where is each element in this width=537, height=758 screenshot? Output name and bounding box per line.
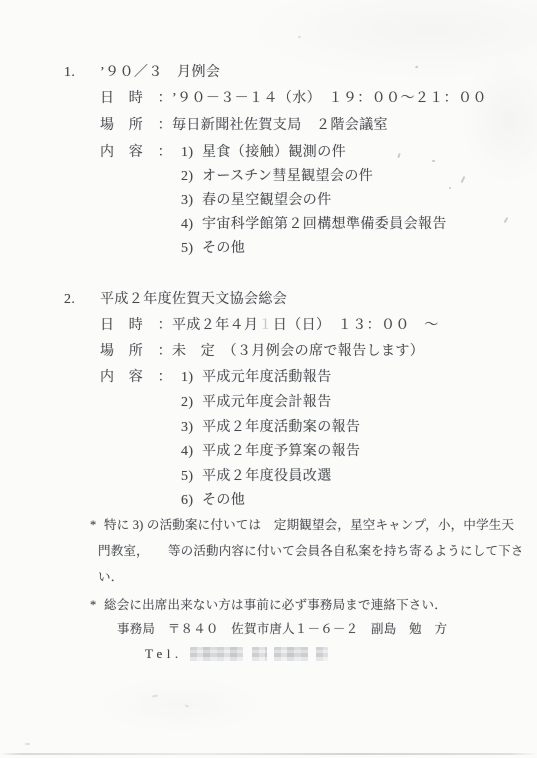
scan-artifact (397, 153, 400, 158)
date-faded-digit: １ (258, 318, 272, 333)
section2-agenda-label: 内 容 ： (100, 369, 172, 386)
section2-datetime-label: 日 時 ： (100, 317, 172, 334)
scan-artifact (461, 176, 465, 183)
agenda-item-text: オースチン彗星観望会の件 (202, 168, 373, 185)
section1-place-value: 毎日新聞社佐賀支局 ２階会議室 (172, 117, 388, 134)
section1-place-label: 場 所 ： (100, 117, 172, 134)
section1-title: ’９０／３ 月例会 (100, 64, 220, 81)
agenda-item-text: 平成２年度予算案の報告 (202, 443, 360, 460)
section2-datetime-value: 平成２年４月１日（日） １３：００ ～ (172, 317, 439, 334)
scan-artifact (298, 36, 301, 38)
agenda-item-text: 平成２年度活動案の報告 (202, 419, 360, 436)
scan-artifact (432, 160, 435, 162)
redacted-phone-block (190, 647, 243, 661)
agenda-item-number: 3) (181, 419, 193, 436)
redacted-phone-block (316, 647, 328, 661)
note1-line3: い． (98, 569, 123, 586)
note-asterisk: * (90, 597, 96, 614)
agenda-item-number: 2) (181, 394, 193, 411)
section2-place-value: 未 定 （３月例会の席で報告します） (172, 343, 424, 360)
scan-artifact (449, 187, 451, 189)
section1-datetime-value: ’９０－３－１４（水） １９：００～２１：００ (172, 90, 487, 107)
agenda-item-text: 春の星空観望会の件 (202, 192, 332, 209)
date-part: 平成２年４月 (172, 318, 258, 333)
tel-label: Tel. (145, 645, 183, 662)
scanned-document-page: 1. ’９０／３ 月例会 日 時 ： ’９０－３－１４（水） １９：００～２１：… (0, 0, 537, 758)
note2-line1: 総会に出席出来ない方は事前に必ず事務局まで連絡下さい． (104, 597, 447, 614)
agenda-item-text: その他 (202, 492, 245, 509)
section2-place-label: 場 所 ： (100, 343, 172, 360)
agenda-item-number: 3) (181, 192, 193, 209)
agenda-item-text: 平成元年度活動報告 (202, 369, 332, 386)
agenda-item-number: 5) (181, 468, 193, 485)
note1-line1: 特に 3) の活動案に付いては 定期観望会，星空キャンプ，小，中学生天 (104, 517, 514, 534)
section2-title: 平成２年度佐賀天文協会総会 (100, 291, 287, 308)
scanner-edge-line (0, 753, 537, 755)
scan-artifact (185, 704, 189, 707)
agenda-item-number: 6) (181, 492, 193, 509)
section1-number: 1. (64, 64, 75, 81)
date-part: 日（日） １３：００ ～ (273, 318, 439, 333)
office-address-line: 事務局 〒８４０ 佐賀市唐人１－６－２ 副島 勉 方 (117, 621, 447, 638)
scan-artifact (152, 694, 158, 697)
agenda-item-text: 宇宙科学館第２回構想準備委員会報告 (202, 216, 447, 233)
scan-artifact (25, 743, 30, 745)
note-asterisk: * (90, 517, 96, 534)
agenda-item-number: 4) (181, 443, 193, 460)
section2-number: 2. (64, 291, 75, 308)
scan-artifact (504, 217, 508, 223)
redacted-phone-block (252, 647, 267, 661)
agenda-item-number: 1) (181, 369, 193, 386)
agenda-item-text: 平成元年度会計報告 (202, 394, 332, 411)
agenda-item-text: 星食（接触）観測の件 (202, 144, 346, 161)
section1-agenda-label: 内 容 ： (100, 144, 172, 161)
redacted-phone-block (274, 647, 308, 661)
agenda-item-number: 5) (181, 240, 193, 257)
agenda-item-number: 1) (181, 144, 193, 161)
agenda-item-number: 4) (181, 216, 193, 233)
agenda-item-text: 平成２年度役員改選 (202, 468, 332, 485)
agenda-item-text: その他 (202, 240, 245, 257)
note1-line2: 門教室， 等の活動内容に付いて会員各自私案を持ち寄るようにして下さ (98, 543, 524, 560)
section1-datetime-label: 日 時 ： (100, 90, 172, 107)
scan-artifact (415, 65, 418, 68)
agenda-item-number: 2) (181, 168, 193, 185)
